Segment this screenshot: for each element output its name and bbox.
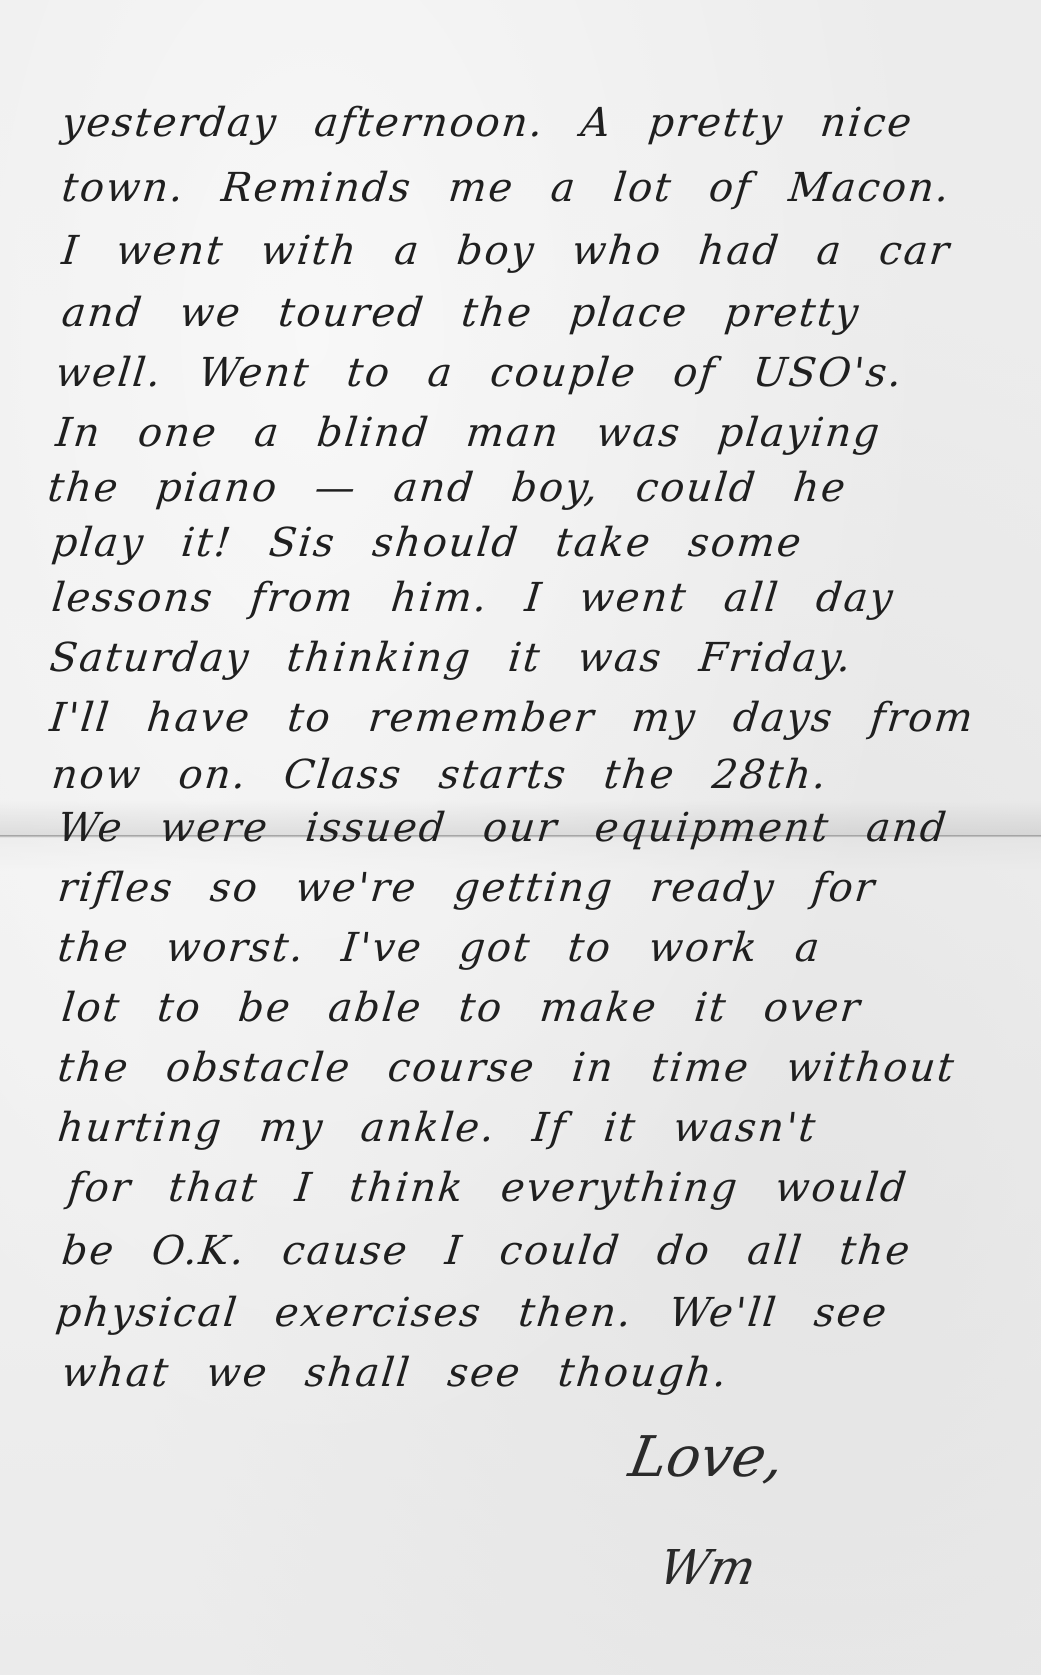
letter-line: I went with a boy who had a car — [60, 228, 954, 274]
letter-line: In one a blind man was playing — [54, 410, 884, 456]
letter-line: what we shall see though. — [60, 1350, 731, 1396]
letter-line: town. Reminds me a lot of Macon. — [60, 165, 953, 211]
letter-line: the piano — and boy, could he — [46, 465, 850, 511]
letter-line: be O.K. cause I could do all the — [60, 1228, 914, 1274]
letter-line: physical exercises then. We'll see — [54, 1290, 891, 1336]
closing-salutation: Love, — [624, 1425, 789, 1490]
letter-page: yesterday afternoon. A pretty nice town.… — [0, 0, 1041, 1675]
letter-line: well. Went to a couple of USO's. — [54, 350, 906, 396]
letter-line: lessons from him. I went all day — [50, 575, 897, 621]
letter-line: yesterday afternoon. A pretty nice — [60, 100, 916, 146]
letter-line: for that I think everything would — [66, 1165, 911, 1211]
signature: Wm — [654, 1540, 761, 1596]
letter-line: Saturday thinking it was Friday. — [48, 635, 855, 681]
letter-line: play it! Sis should take some — [50, 520, 805, 566]
letter-line: the worst. I've got to work a — [56, 925, 824, 971]
letter-line: and we toured the place pretty — [60, 290, 863, 336]
letter-line: hurting my ankle. If it wasn't — [56, 1105, 820, 1151]
letter-line: We were issued our equipment and — [56, 805, 951, 851]
letter-line: now on. Class starts the 28th. — [50, 752, 830, 798]
letter-line: rifles so we're getting ready for — [56, 865, 879, 911]
letter-line: lot to be able to make it over — [60, 985, 864, 1031]
letter-line: I'll have to remember my days from — [48, 695, 977, 741]
letter-line: the obstacle course in time without — [56, 1045, 958, 1091]
